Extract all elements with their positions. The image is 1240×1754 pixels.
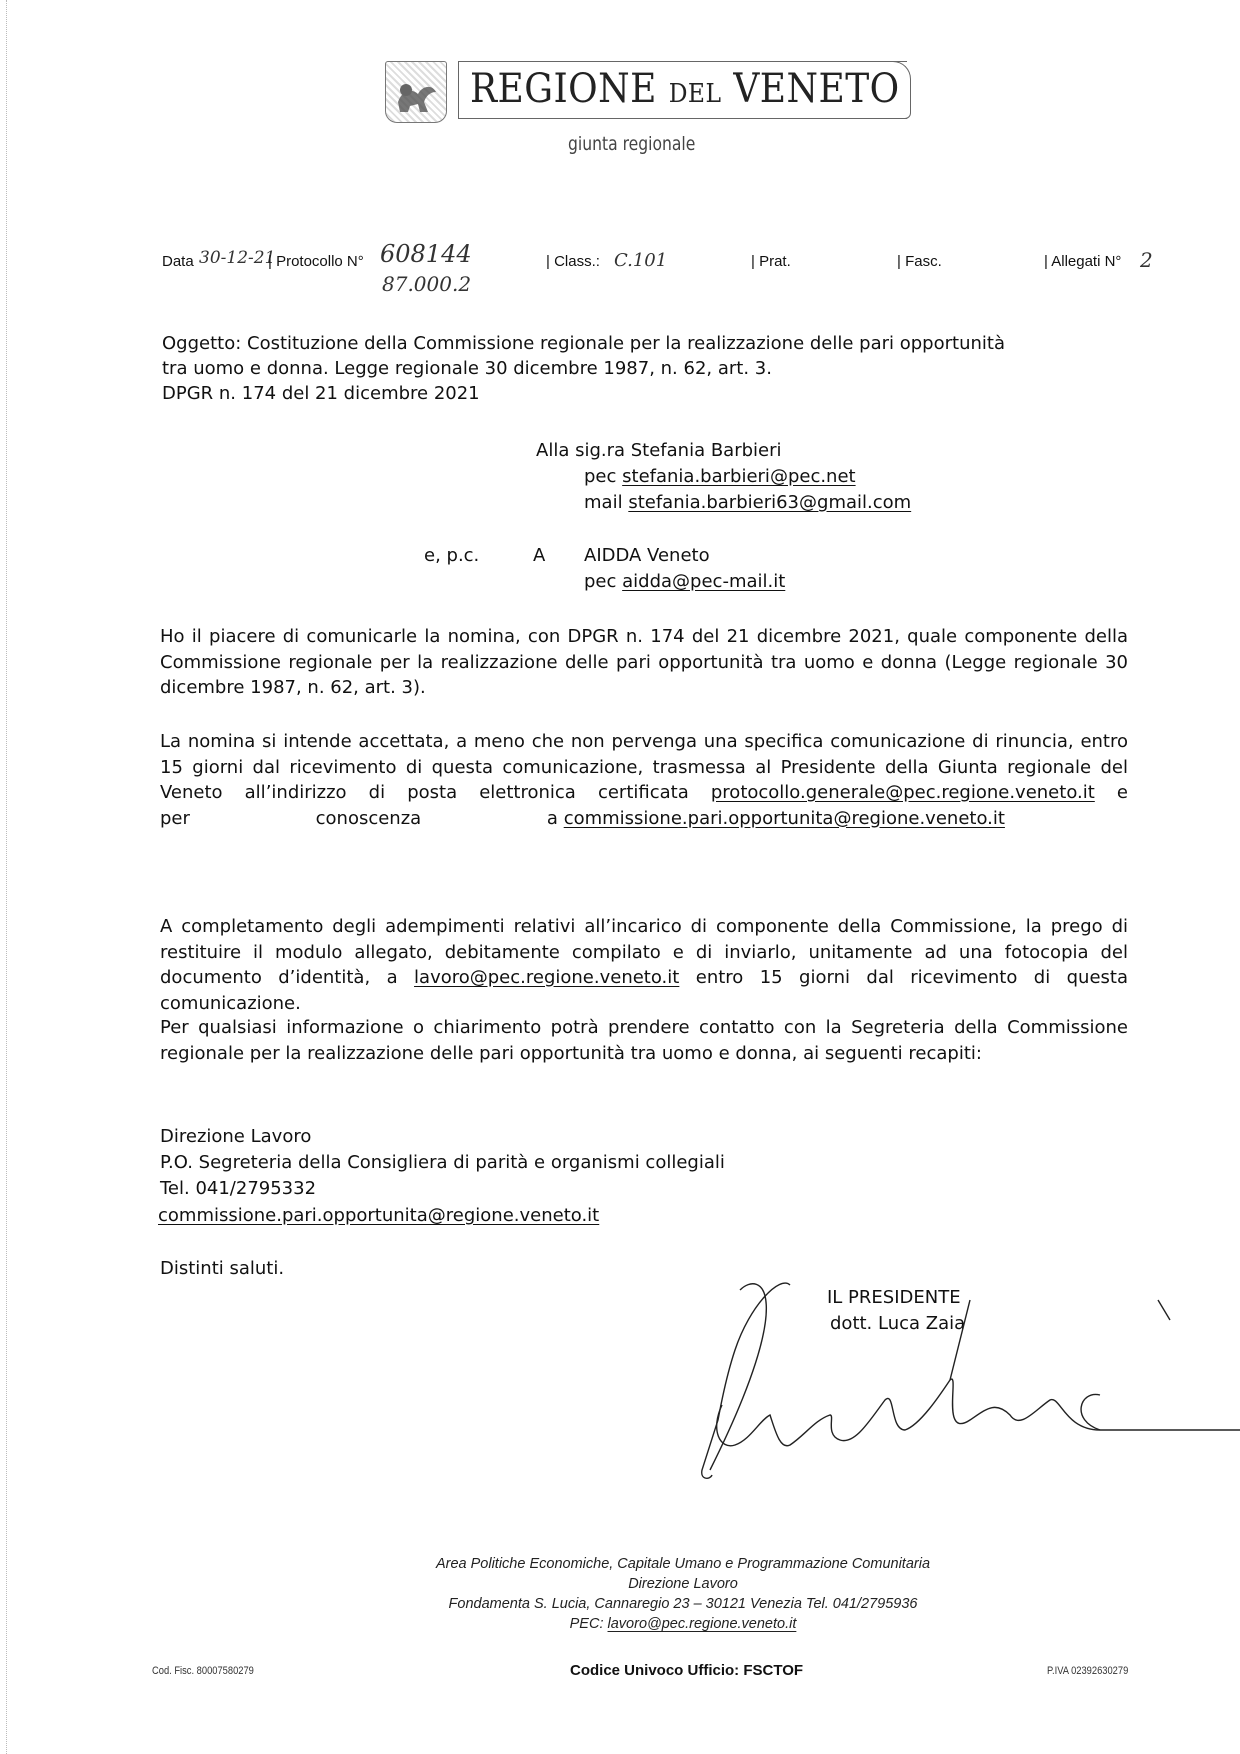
- org-subtitle: giunta regionale: [568, 133, 695, 155]
- org-name-regione: REGIONE: [470, 66, 657, 112]
- footer-pec-link[interactable]: lavoro@pec.regione.veneto.it: [608, 1616, 797, 1632]
- recipient-pec-label: pec: [584, 466, 616, 487]
- lion-of-saint-mark-emblem-icon: [385, 61, 447, 123]
- cod-fisc: Cod. Fisc. 80007580279: [152, 1665, 254, 1677]
- footer-address: Fondamenta S. Lucia, Cannaregio 23 – 301…: [300, 1594, 1066, 1614]
- contact-phone: Tel. 041/2795332: [160, 1176, 316, 1201]
- contact-email-link[interactable]: commissione.pari.opportunita@regione.ven…: [158, 1203, 599, 1228]
- paragraph-completion: A completamento degli adempimenti relati…: [160, 914, 1128, 1016]
- codice-univoco: Codice Univoco Ufficio: FSCTOF: [570, 1662, 803, 1679]
- recipient-mail-link[interactable]: stefania.barbieri63@gmail.com: [628, 492, 911, 513]
- lavoro-email-link[interactable]: lavoro@pec.regione.veneto.it: [414, 967, 679, 988]
- subject-line-2: tra uomo e donna. Legge regionale 30 dic…: [162, 356, 772, 381]
- protocollo-email-link[interactable]: protocollo.generale@pec.regione.veneto.i…: [711, 782, 1095, 803]
- footer-direzione: Direzione Lavoro: [300, 1574, 1066, 1594]
- protocollo-label: | Protocollo N°: [268, 253, 364, 270]
- contact-direzione: Direzione Lavoro: [160, 1124, 311, 1149]
- cc-pec-link[interactable]: aidda@pec-mail.it: [622, 571, 785, 592]
- org-name-veneto: VENETO: [733, 66, 899, 112]
- protocollo-value: 608144: [380, 240, 472, 268]
- subject-line-1: Oggetto: Costituzione della Commissione …: [162, 331, 1005, 356]
- recipient-pec-link[interactable]: stefania.barbieri@pec.net: [622, 466, 855, 487]
- paragraph-info: Per qualsiasi informazione o chiarimento…: [160, 1015, 1128, 1066]
- cc-label: e, p.c.: [424, 543, 479, 568]
- cc-a: A: [533, 543, 545, 568]
- footer-area: Area Politiche Economiche, Capitale Uman…: [300, 1554, 1066, 1574]
- scan-edge: [6, 0, 7, 1754]
- recipient-mail: mail stefania.barbieri63@gmail.com: [584, 490, 911, 515]
- org-name-del: DEL: [669, 79, 722, 109]
- recipient-name: Alla sig.ra Stefania Barbieri: [536, 438, 782, 463]
- contact-segreteria: P.O. Segreteria della Consigliera di par…: [160, 1150, 725, 1175]
- recipient-mail-label: mail: [584, 492, 623, 513]
- class-label: | Class.:: [546, 253, 600, 270]
- allegati-label: | Allegati N°: [1044, 253, 1121, 270]
- piva: P.IVA 02392630279: [1047, 1665, 1128, 1677]
- handwritten-signature-icon: [640, 1280, 1240, 1490]
- paragraph-nomination: Ho il piacere di comunicarle la nomina, …: [160, 624, 1128, 701]
- protocollo-value-secondary: 87.000.2: [382, 272, 471, 296]
- subject-line-3: DPGR n. 174 del 21 dicembre 2021: [162, 381, 480, 406]
- footer-pec: PEC: lavoro@pec.regione.veneto.it: [300, 1614, 1066, 1634]
- greeting: Distinti saluti.: [160, 1256, 284, 1281]
- footer-pec-label: PEC:: [570, 1616, 604, 1632]
- data-value: 30-12-21: [199, 248, 275, 268]
- cc-pec: pec aidda@pec-mail.it: [584, 569, 785, 594]
- cc-name: AIDDA Veneto: [584, 543, 710, 568]
- fasc-label: | Fasc.: [897, 253, 942, 270]
- class-value: C.101: [614, 250, 667, 271]
- cc-pec-label: pec: [584, 571, 616, 592]
- data-label: Data: [162, 253, 194, 270]
- recipient-pec: pec stefania.barbieri@pec.net: [584, 464, 856, 489]
- org-name: REGIONE DEL VENETO: [470, 66, 900, 112]
- prat-label: | Prat.: [751, 253, 791, 270]
- paragraph-acceptance: La nomina si intende accettata, a meno c…: [160, 729, 1128, 831]
- allegati-value: 2: [1140, 248, 1153, 272]
- commissione-email-link[interactable]: commissione.pari.opportunita@regione.ven…: [564, 808, 1005, 829]
